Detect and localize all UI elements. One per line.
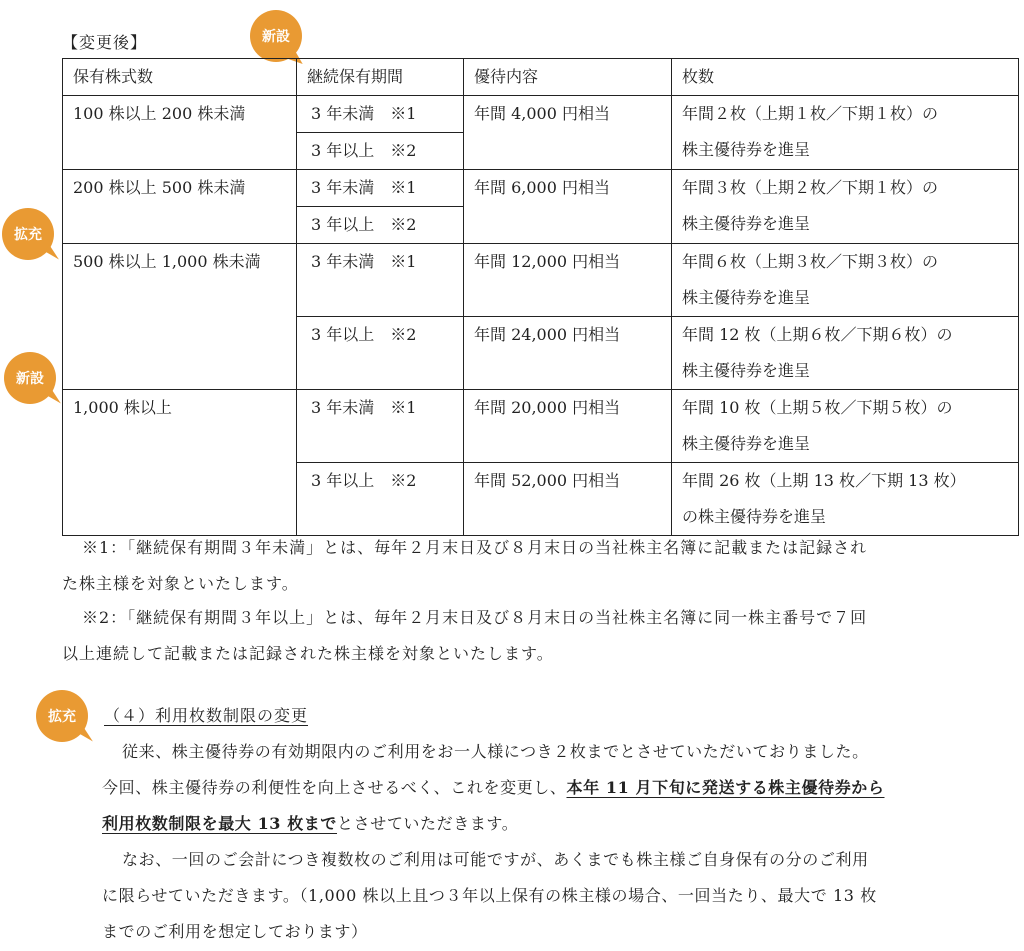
benefit-cell: 年間 4,000 円相当: [464, 96, 672, 170]
header-shares: 保有株式数: [63, 59, 297, 96]
footnote-1: ※1：「継続保有期間３年未満」とは、毎年２月末日及び８月末日の当社株主名簿に記載…: [62, 530, 1012, 602]
period-cell: 3 年未満 ※1: [297, 390, 464, 463]
tickets-line: 株主優待券を進呈: [682, 353, 1008, 389]
shares-cell: 1,000 株以上: [63, 390, 297, 536]
shares-cell: 200 株以上 500 株未満: [63, 170, 297, 244]
emphasis-text: 利用枚数制限を最大 13 枚まで: [102, 814, 337, 833]
tickets-line: 年間３枚（上期２枚／下期１枚）の: [682, 170, 1008, 206]
tickets-line: 年間 10 枚（上期５枚／下期５枚）の: [682, 390, 1008, 426]
paragraph-line: なお、一回のご会計につき複数枚のご利用は可能ですが、あくまでも株主様ご自身保有の…: [102, 842, 1012, 878]
header-period: 継続保有期間: [297, 59, 464, 96]
benefit-cell: 年間 6,000 円相当: [464, 170, 672, 244]
footnote-line: 以上連続して記載または記録された株主様を対象といたします。: [62, 636, 1012, 672]
table-row: 1,000 株以上 3 年未満 ※1 年間 20,000 円相当 年間 10 枚…: [63, 390, 1019, 463]
period-cell: 3 年未満 ※1: [297, 170, 464, 207]
expanded-badge-500-shares: 拡充: [2, 208, 54, 260]
tickets-line: 株主優待券を進呈: [682, 206, 1008, 242]
tickets-line: 年間２枚（上期１枚／下期１枚）の: [682, 96, 1008, 132]
table-row: 100 株以上 200 株未満 3 年未満 ※1 年間 4,000 円相当 年間…: [63, 96, 1019, 133]
benefit-cell: 年間 12,000 円相当: [464, 244, 672, 317]
section4-paragraph-1: 従来、株主優待券の有効期限内のご利用をお一人様につき２枚までとさせていただいてお…: [102, 734, 1012, 842]
tickets-line: 年間 26 枚（上期 13 枚／下期 13 枚）: [682, 463, 1008, 499]
paragraph-line: までのご利用を想定しております）: [102, 914, 1012, 950]
tickets-line: 年間６枚（上期３枚／下期３枚）の: [682, 244, 1008, 280]
paragraph-text: とさせていただきます。: [337, 814, 518, 833]
period-cell: 3 年未満 ※1: [297, 244, 464, 317]
benefit-cell: 年間 20,000 円相当: [464, 390, 672, 463]
table-header-row: 保有株式数 継続保有期間 優待内容 枚数: [63, 59, 1019, 96]
benefit-cell: 年間 24,000 円相当: [464, 317, 672, 390]
paragraph-line: 今回、株主優待券の利便性を向上させるべく、これを変更し、本年 11 月下旬に発送…: [102, 770, 1012, 806]
expanded-badge-section4: 拡充: [36, 690, 88, 742]
table-row: 500 株以上 1,000 株未満 3 年未満 ※1 年間 12,000 円相当…: [63, 244, 1019, 317]
tickets-cell: 年間 26 枚（上期 13 枚／下期 13 枚） の株主優待券を進呈: [672, 463, 1019, 536]
table-row: 200 株以上 500 株未満 3 年未満 ※1 年間 6,000 円相当 年間…: [63, 170, 1019, 207]
paragraph-line: に限らせていただきます。（1,000 株以上且つ３年以上保有の株主様の場合、一回…: [102, 878, 1012, 914]
footnote-line: た株主様を対象といたします。: [62, 566, 1012, 602]
period-cell: 3 年以上 ※2: [297, 133, 464, 170]
tickets-line: 株主優待券を進呈: [682, 426, 1008, 462]
shares-cell: 100 株以上 200 株未満: [63, 96, 297, 170]
tickets-line: 株主優待券を進呈: [682, 132, 1008, 168]
tickets-cell: 年間３枚（上期２枚／下期１枚）の 株主優待券を進呈: [672, 170, 1019, 244]
period-cell: 3 年未満 ※1: [297, 96, 464, 133]
period-cell: 3 年以上 ※2: [297, 463, 464, 536]
tickets-cell: 年間 10 枚（上期５枚／下期５枚）の 株主優待券を進呈: [672, 390, 1019, 463]
header-benefit: 優待内容: [464, 59, 672, 96]
tickets-cell: 年間２枚（上期１枚／下期１枚）の 株主優待券を進呈: [672, 96, 1019, 170]
section4-paragraph-2: なお、一回のご会計につき複数枚のご利用は可能ですが、あくまでも株主様ご自身保有の…: [102, 842, 1012, 950]
tickets-line: 年間 12 枚（上期６枚／下期６枚）の: [682, 317, 1008, 353]
header-tickets: 枚数: [672, 59, 1019, 96]
footnote-line: ※2：「継続保有期間３年以上」とは、毎年２月末日及び８月末日の当社株主名簿に同一…: [62, 600, 1012, 636]
paragraph-text: 今回、株主優待券の利便性を向上させるべく、これを変更し、: [102, 778, 566, 797]
benefits-table: 保有株式数 継続保有期間 優待内容 枚数 100 株以上 200 株未満 3 年…: [62, 58, 1019, 536]
tickets-line: 株主優待券を進呈: [682, 280, 1008, 316]
paragraph-line: 利用枚数制限を最大 13 枚までとさせていただきます。: [102, 806, 1012, 842]
footnote-2: ※2：「継続保有期間３年以上」とは、毎年２月末日及び８月末日の当社株主名簿に同一…: [62, 600, 1012, 672]
section4-title: （４）利用枚数制限の変更: [104, 703, 308, 726]
paragraph-line: 従来、株主優待券の有効期限内のご利用をお一人様につき２枚までとさせていただいてお…: [102, 734, 1012, 770]
section-heading: 【変更後】: [62, 30, 147, 53]
footnote-line: ※1：「継続保有期間３年未満」とは、毎年２月末日及び８月末日の当社株主名簿に記載…: [62, 530, 1012, 566]
emphasis-text: 本年 11 月下旬に発送する株主優待券から: [566, 778, 884, 797]
tickets-cell: 年間６枚（上期３枚／下期３枚）の 株主優待券を進呈: [672, 244, 1019, 317]
benefit-cell: 年間 52,000 円相当: [464, 463, 672, 536]
period-cell: 3 年以上 ※2: [297, 207, 464, 244]
shares-cell: 500 株以上 1,000 株未満: [63, 244, 297, 390]
period-cell: 3 年以上 ※2: [297, 317, 464, 390]
new-badge-1000-shares: 新設: [4, 352, 56, 404]
new-badge-period-column: 新設: [250, 10, 302, 62]
tickets-cell: 年間 12 枚（上期６枚／下期６枚）の 株主優待券を進呈: [672, 317, 1019, 390]
